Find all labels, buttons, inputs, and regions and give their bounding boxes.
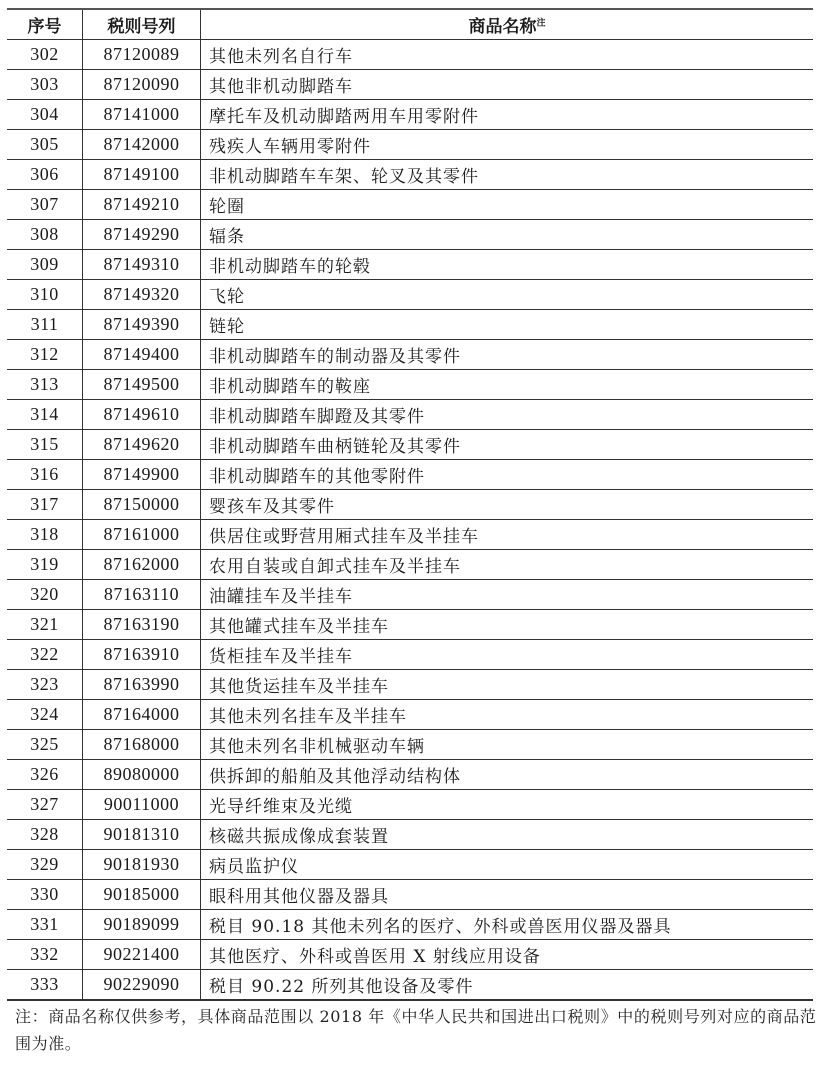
table-row: 32990181930病员监护仪 xyxy=(7,850,813,880)
row-index: 325 xyxy=(7,730,83,760)
table-row: 30787149210轮圈 xyxy=(7,190,813,220)
row-tariff-code: 87149100 xyxy=(83,160,201,190)
tariff-table: 序号 税则号列 商品名称注 30287120089其他未列名自行车3038712… xyxy=(7,8,813,1001)
row-product-name: 光导纤维束及光缆 xyxy=(201,790,814,820)
row-tariff-code: 87149500 xyxy=(83,370,201,400)
row-tariff-code: 87163190 xyxy=(83,610,201,640)
row-tariff-code: 87141000 xyxy=(83,100,201,130)
row-tariff-code: 87149290 xyxy=(83,220,201,250)
table-row: 30587142000残疾人车辆用零附件 xyxy=(7,130,813,160)
row-tariff-code: 89080000 xyxy=(83,760,201,790)
table-row: 32790011000光导纤维束及光缆 xyxy=(7,790,813,820)
table-row: 31687149900非机动脚踏车的其他零附件 xyxy=(7,460,813,490)
table-row: 32087163110油罐挂车及半挂车 xyxy=(7,580,813,610)
table-row: 30387120090其他非机动脚踏车 xyxy=(7,70,813,100)
header-code: 税则号列 xyxy=(83,9,201,40)
row-product-name: 轮圈 xyxy=(201,190,814,220)
table-row: 31387149500非机动脚踏车的鞍座 xyxy=(7,370,813,400)
row-tariff-code: 87168000 xyxy=(83,730,201,760)
row-tariff-code: 87142000 xyxy=(83,130,201,160)
row-index: 333 xyxy=(7,970,83,1001)
row-product-name: 摩托车及机动脚踏两用车用零附件 xyxy=(201,100,814,130)
table-row: 32187163190其他罐式挂车及半挂车 xyxy=(7,610,813,640)
header-name-label: 商品名称 xyxy=(468,17,536,37)
row-product-name: 非机动脚踏车脚蹬及其零件 xyxy=(201,400,814,430)
row-product-name: 其他非机动脚踏车 xyxy=(201,70,814,100)
row-index: 321 xyxy=(7,610,83,640)
row-product-name: 其他医疗、外科或兽医用 X 射线应用设备 xyxy=(201,940,814,970)
table-row: 30487141000摩托车及机动脚踏两用车用零附件 xyxy=(7,100,813,130)
row-product-name: 供居住或野营用厢式挂车及半挂车 xyxy=(201,520,814,550)
row-tariff-code: 87150000 xyxy=(83,490,201,520)
row-index: 305 xyxy=(7,130,83,160)
row-tariff-code: 87149210 xyxy=(83,190,201,220)
header-note-mark: 注 xyxy=(536,18,545,28)
table-row: 32487164000其他未列名挂车及半挂车 xyxy=(7,700,813,730)
row-index: 310 xyxy=(7,280,83,310)
row-index: 307 xyxy=(7,190,83,220)
row-index: 317 xyxy=(7,490,83,520)
row-index: 314 xyxy=(7,400,83,430)
row-tariff-code: 87149390 xyxy=(83,310,201,340)
row-tariff-code: 87120089 xyxy=(83,40,201,70)
row-product-name: 非机动脚踏车的其他零附件 xyxy=(201,460,814,490)
row-tariff-code: 87149310 xyxy=(83,250,201,280)
table-row: 31487149610非机动脚踏车脚蹬及其零件 xyxy=(7,400,813,430)
row-index: 302 xyxy=(7,40,83,70)
table-row: 33390229090税目 90.22 所列其他设备及零件 xyxy=(7,970,813,1001)
row-index: 326 xyxy=(7,760,83,790)
table-row: 31887161000供居住或野营用厢式挂车及半挂车 xyxy=(7,520,813,550)
table-header-row: 序号 税则号列 商品名称注 xyxy=(7,9,813,40)
row-tariff-code: 90181930 xyxy=(83,850,201,880)
table-row: 32689080000供拆卸的船舶及其他浮动结构体 xyxy=(7,760,813,790)
row-product-name: 非机动脚踏车的轮毂 xyxy=(201,250,814,280)
row-product-name: 残疾人车辆用零附件 xyxy=(201,130,814,160)
table-row: 32287163910货柜挂车及半挂车 xyxy=(7,640,813,670)
row-product-name: 飞轮 xyxy=(201,280,814,310)
row-tariff-code: 90185000 xyxy=(83,880,201,910)
row-index: 320 xyxy=(7,580,83,610)
table-row: 32387163990其他货运挂车及半挂车 xyxy=(7,670,813,700)
table-row: 30687149100非机动脚踏车车架、轮叉及其零件 xyxy=(7,160,813,190)
row-product-name: 眼科用其他仪器及器具 xyxy=(201,880,814,910)
row-product-name: 非机动脚踏车车架、轮叉及其零件 xyxy=(201,160,814,190)
row-tariff-code: 87163990 xyxy=(83,670,201,700)
row-index: 315 xyxy=(7,430,83,460)
table-row: 33190189099税目 90.18 其他未列名的医疗、外科或兽医用仪器及器具 xyxy=(7,910,813,940)
row-product-name: 核磁共振成像成套装置 xyxy=(201,820,814,850)
row-tariff-code: 87149400 xyxy=(83,340,201,370)
row-tariff-code: 87149620 xyxy=(83,430,201,460)
row-tariff-code: 90221400 xyxy=(83,940,201,970)
table-row: 30287120089其他未列名自行车 xyxy=(7,40,813,70)
row-tariff-code: 90011000 xyxy=(83,790,201,820)
row-index: 332 xyxy=(7,940,83,970)
row-product-name: 税目 90.18 其他未列名的医疗、外科或兽医用仪器及器具 xyxy=(201,910,814,940)
row-index: 308 xyxy=(7,220,83,250)
row-tariff-code: 87161000 xyxy=(83,520,201,550)
table-row: 32890181310核磁共振成像成套装置 xyxy=(7,820,813,850)
row-index: 328 xyxy=(7,820,83,850)
row-index: 330 xyxy=(7,880,83,910)
row-product-name: 病员监护仪 xyxy=(201,850,814,880)
table-row: 30887149290辐条 xyxy=(7,220,813,250)
row-tariff-code: 90189099 xyxy=(83,910,201,940)
row-product-name: 油罐挂车及半挂车 xyxy=(201,580,814,610)
row-tariff-code: 87149320 xyxy=(83,280,201,310)
row-index: 324 xyxy=(7,700,83,730)
table-row: 32587168000其他未列名非机械驱动车辆 xyxy=(7,730,813,760)
table-row: 31587149620非机动脚踏车曲柄链轮及其零件 xyxy=(7,430,813,460)
row-product-name: 其他未列名非机械驱动车辆 xyxy=(201,730,814,760)
row-index: 313 xyxy=(7,370,83,400)
row-index: 318 xyxy=(7,520,83,550)
row-tariff-code: 90229090 xyxy=(83,970,201,1001)
row-product-name: 婴孩车及其零件 xyxy=(201,490,814,520)
row-tariff-code: 87120090 xyxy=(83,70,201,100)
row-index: 309 xyxy=(7,250,83,280)
row-tariff-code: 87164000 xyxy=(83,700,201,730)
row-index: 323 xyxy=(7,670,83,700)
row-index: 322 xyxy=(7,640,83,670)
row-product-name: 非机动脚踏车曲柄链轮及其零件 xyxy=(201,430,814,460)
row-product-name: 供拆卸的船舶及其他浮动结构体 xyxy=(201,760,814,790)
row-product-name: 其他罐式挂车及半挂车 xyxy=(201,610,814,640)
row-tariff-code: 87163910 xyxy=(83,640,201,670)
table-row: 30987149310非机动脚踏车的轮毂 xyxy=(7,250,813,280)
row-index: 304 xyxy=(7,100,83,130)
table-row: 33290221400其他医疗、外科或兽医用 X 射线应用设备 xyxy=(7,940,813,970)
row-index: 312 xyxy=(7,340,83,370)
row-product-name: 货柜挂车及半挂车 xyxy=(201,640,814,670)
row-product-name: 链轮 xyxy=(201,310,814,340)
footnote: 注：商品名称仅供参考，具体商品范围以 2018 年《中华人民共和国进出口税则》中… xyxy=(15,1003,820,1057)
table-row: 31987162000农用自装或自卸式挂车及半挂车 xyxy=(7,550,813,580)
table-body: 30287120089其他未列名自行车30387120090其他非机动脚踏车30… xyxy=(7,40,813,1001)
row-index: 331 xyxy=(7,910,83,940)
row-tariff-code: 87162000 xyxy=(83,550,201,580)
row-index: 303 xyxy=(7,70,83,100)
row-index: 316 xyxy=(7,460,83,490)
row-index: 327 xyxy=(7,790,83,820)
row-product-name: 税目 90.22 所列其他设备及零件 xyxy=(201,970,814,1001)
row-tariff-code: 87149610 xyxy=(83,400,201,430)
row-product-name: 其他未列名自行车 xyxy=(201,40,814,70)
row-index: 311 xyxy=(7,310,83,340)
row-tariff-code: 87163110 xyxy=(83,580,201,610)
row-index: 319 xyxy=(7,550,83,580)
header-index: 序号 xyxy=(7,9,83,40)
header-name: 商品名称注 xyxy=(201,9,814,40)
row-index: 306 xyxy=(7,160,83,190)
table-row: 31187149390链轮 xyxy=(7,310,813,340)
row-product-name: 非机动脚踏车的鞍座 xyxy=(201,370,814,400)
row-tariff-code: 90181310 xyxy=(83,820,201,850)
table-row: 31087149320飞轮 xyxy=(7,280,813,310)
table-row: 31787150000婴孩车及其零件 xyxy=(7,490,813,520)
row-product-name: 其他未列名挂车及半挂车 xyxy=(201,700,814,730)
table-row: 31287149400非机动脚踏车的制动器及其零件 xyxy=(7,340,813,370)
row-product-name: 其他货运挂车及半挂车 xyxy=(201,670,814,700)
row-product-name: 非机动脚踏车的制动器及其零件 xyxy=(201,340,814,370)
row-product-name: 农用自装或自卸式挂车及半挂车 xyxy=(201,550,814,580)
row-product-name: 辐条 xyxy=(201,220,814,250)
row-index: 329 xyxy=(7,850,83,880)
table-row: 33090185000眼科用其他仪器及器具 xyxy=(7,880,813,910)
row-tariff-code: 87149900 xyxy=(83,460,201,490)
